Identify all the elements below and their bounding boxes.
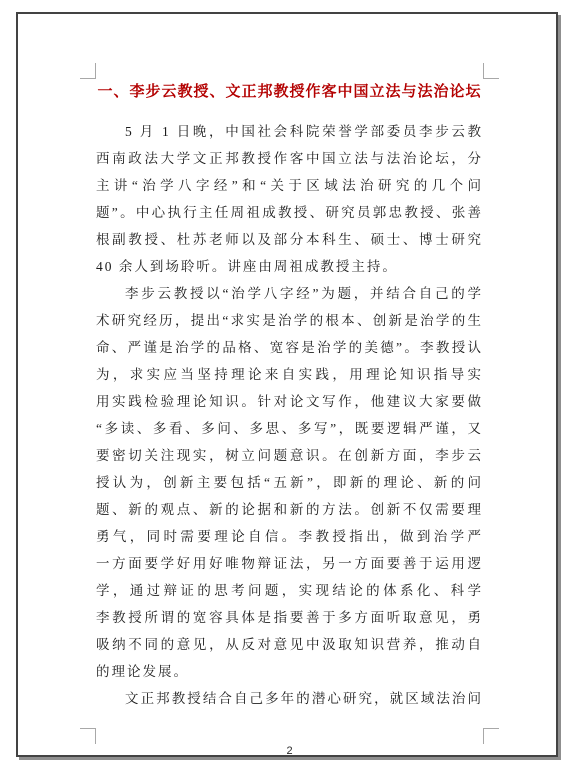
body-line-p1-l1: 5 月 1 日晚，中国社会科院荣誉学部委员李步云教授、	[96, 118, 483, 145]
body-line-p2-l4: 为，求实应当坚持理论来自实践，用理论知识指导实践，	[96, 361, 483, 388]
body-line-p2-l2: 术研究经历，提出“求实是治学的根本、创新是治学的生	[96, 307, 483, 334]
body-line-p2-l13: 李教授所谓的宽容具体是指要善于多方面听取意见，勇于	[96, 604, 483, 631]
document-page: 一、李步云教授、文正邦教授作客中国立法与法治论坛 5 月 1 日晚，中国社会科院…	[16, 12, 558, 757]
body-line-p2-l14: 吸纳不同的意见，从反对意见中汲取知识营养，推动自身	[96, 631, 483, 658]
body-line-p2-l6: “多读、多看、多问、多思、多写”，既要逻辑严谨，又	[96, 415, 483, 442]
body-line-p2-l5: 用实践检验理论知识。针对论文写作，他建议大家要做到	[96, 388, 483, 415]
body-line-p1-l6: 40 余人到场聆听。讲座由周祖成教授主持。	[96, 253, 483, 280]
body-line-p1-l4: 题”。中心执行主任周祖成教授、研究员郭忠教授、张善	[96, 199, 483, 226]
body-line-p2-l9: 题、新的观点、新的论据和新的方法。创新不仅需要理论	[96, 496, 483, 523]
body-line-p2-l1: 李步云教授以“治学八字经”为题，并结合自己的学	[96, 280, 483, 307]
text-boundary-mark-top-right	[483, 63, 499, 79]
body-line-p2-l7: 要密切关注现实，树立问题意识。在创新方面，李步云教	[96, 442, 483, 469]
body-line-p2-l12: 学，通过辩证的思考问题，实现结论的体系化、科学化。	[96, 577, 483, 604]
body-line-p3-l1: 文正邦教授结合自己多年的潜心研究，就区域法治问	[96, 685, 483, 712]
body-line-p2-l3: 命、严谨是治学的品格、宽容是治学的美德”。李教授认	[96, 334, 483, 361]
body-line-p2-l15: 的理论发展。	[96, 658, 483, 685]
page-number: 2	[96, 745, 483, 757]
body-line-p2-l8: 授认为，创新主要包括“五新”，即新的理论、新的问	[96, 469, 483, 496]
text-area: 一、李步云教授、文正邦教授作客中国立法与法治论坛 5 月 1 日晚，中国社会科院…	[96, 82, 483, 712]
document-body: 5 月 1 日晚，中国社会科院荣誉学部委员李步云教授、西南政法大学文正邦教授作客…	[96, 118, 483, 712]
text-boundary-mark-top-left	[80, 63, 96, 79]
text-boundary-mark-bottom-left	[80, 728, 96, 744]
document-title: 一、李步云教授、文正邦教授作客中国立法与法治论坛	[96, 82, 483, 102]
body-line-p1-l2: 西南政法大学文正邦教授作客中国立法与法治论坛，分别	[96, 145, 483, 172]
body-line-p2-l11: 一方面要学好用好唯物辩证法，另一方面要善于运用逻辑	[96, 550, 483, 577]
body-line-p1-l5: 根副教授、杜苏老师以及部分本科生、硕士、博士研究生	[96, 226, 483, 253]
body-line-p1-l3: 主讲“治学八字经”和“关于区域法治研究的几个问	[96, 172, 483, 199]
text-boundary-mark-bottom-right	[483, 728, 499, 744]
body-line-p2-l10: 勇气，同时需要理论自信。李教授指出，做到治学严谨，	[96, 523, 483, 550]
